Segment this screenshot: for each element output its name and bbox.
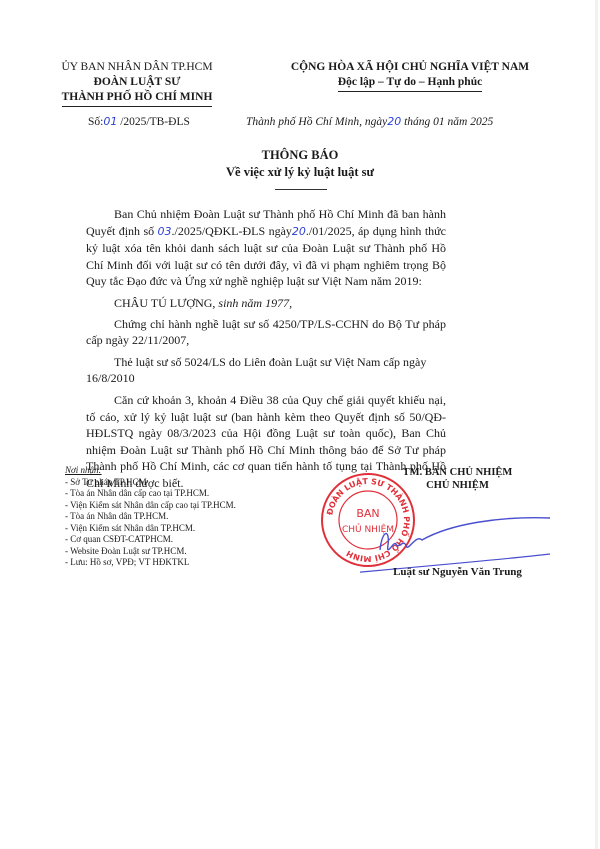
title-divider [275,189,327,190]
decision-text-b: ./2025/QĐKL-ĐLS ngày [172,224,292,238]
handwritten-number: 01 [103,115,117,128]
number-suffix: /2025/TB-ĐLS [117,116,190,128]
number-prefix: Số: [88,116,103,128]
place-and-date: Thành phố Hồ Chí Minh, ngày20 tháng 01 n… [246,115,493,128]
authority-line-2: ĐOÀN LUẬT SƯ [42,75,232,90]
recipient-item: - Cơ quan CSĐT-CATPHCM. [65,534,236,546]
document-number: Số:01 /2025/TB-ĐLS [88,115,190,128]
recipient-item: - Viện Kiểm sát Nhân dân cấp cao tại TP.… [65,500,236,512]
recipient-item: - Website Đoàn Luật sư TP.HCM. [65,546,236,558]
lawyer-name: CHÂU TÚ LƯỢNG, [114,296,218,310]
lawyer-birth-year: sinh năm 1977, [218,296,292,310]
recipients-heading: Nơi nhận: [65,465,236,477]
title-main: THÔNG BÁO [0,147,600,164]
recipient-item: - Tòa án Nhân dân cấp cao tại TP.HCM. [65,488,236,500]
page-edge [595,0,598,849]
national-motto-header: CỘNG HÒA XÃ HỘI CHỦ NGHĨA VIỆT NAM Độc l… [250,60,570,92]
authority-line-3: THÀNH PHỐ HỒ CHÍ MINH [62,90,213,107]
date-prefix: Thành phố Hồ Chí Minh, ngày [246,116,387,128]
recipient-item: - Sở Tư pháp TP.HCM [65,477,236,489]
motto-line-1: CỘNG HÒA XÃ HỘI CHỦ NGHĨA VIỆT NAM [250,60,570,75]
paragraph-card: Thẻ luật sư số 5024/LS do Liên đoàn Luật… [86,354,446,387]
recipient-item: - Viện Kiểm sát Nhân dân TP.HCM. [65,523,236,535]
issuing-authority-header: ỦY BAN NHÂN DÂN TP.HCM ĐOÀN LUẬT SƯ THÀN… [42,60,232,107]
title-subject: Về việc xử lý kỷ luật luật sư [0,164,600,181]
recipient-item: - Lưu: Hồ sơ, VPĐ; VT HĐKTKL [65,557,236,569]
paragraph-certificate: Chứng chỉ hành nghề luật sư số 4250/TP/L… [86,316,446,349]
authority-line-1: ỦY BAN NHÂN DÂN TP.HCM [42,60,232,75]
handwritten-decision-number: 03 [158,225,172,238]
motto-line-2: Độc lập – Tự do – Hạnh phúc [338,75,482,92]
recipient-item: - Tòa án Nhân dân TP.HCM. [65,511,236,523]
handwritten-day: 20 [387,115,401,128]
date-suffix: tháng 01 năm 2025 [401,116,493,128]
signer-name: Luật sư Nguyễn Văn Trung [370,566,545,578]
handwritten-decision-day: 20 [292,225,306,238]
notice-body: Ban Chủ nhiệm Đoàn Luật sư Thành phố Hồ … [86,206,446,497]
paragraph-lawyer-name: CHÂU TÚ LƯỢNG, sinh năm 1977, [86,295,446,312]
document-title: THÔNG BÁO Về việc xử lý kỷ luật luật sư [0,147,600,181]
recipients-list: Nơi nhận: - Sở Tư pháp TP.HCM - Tòa án N… [65,465,236,569]
document-page: ỦY BAN NHÂN DÂN TP.HCM ĐOÀN LUẬT SƯ THÀN… [0,0,600,849]
paragraph-decision: Ban Chủ nhiệm Đoàn Luật sư Thành phố Hồ … [86,206,446,290]
